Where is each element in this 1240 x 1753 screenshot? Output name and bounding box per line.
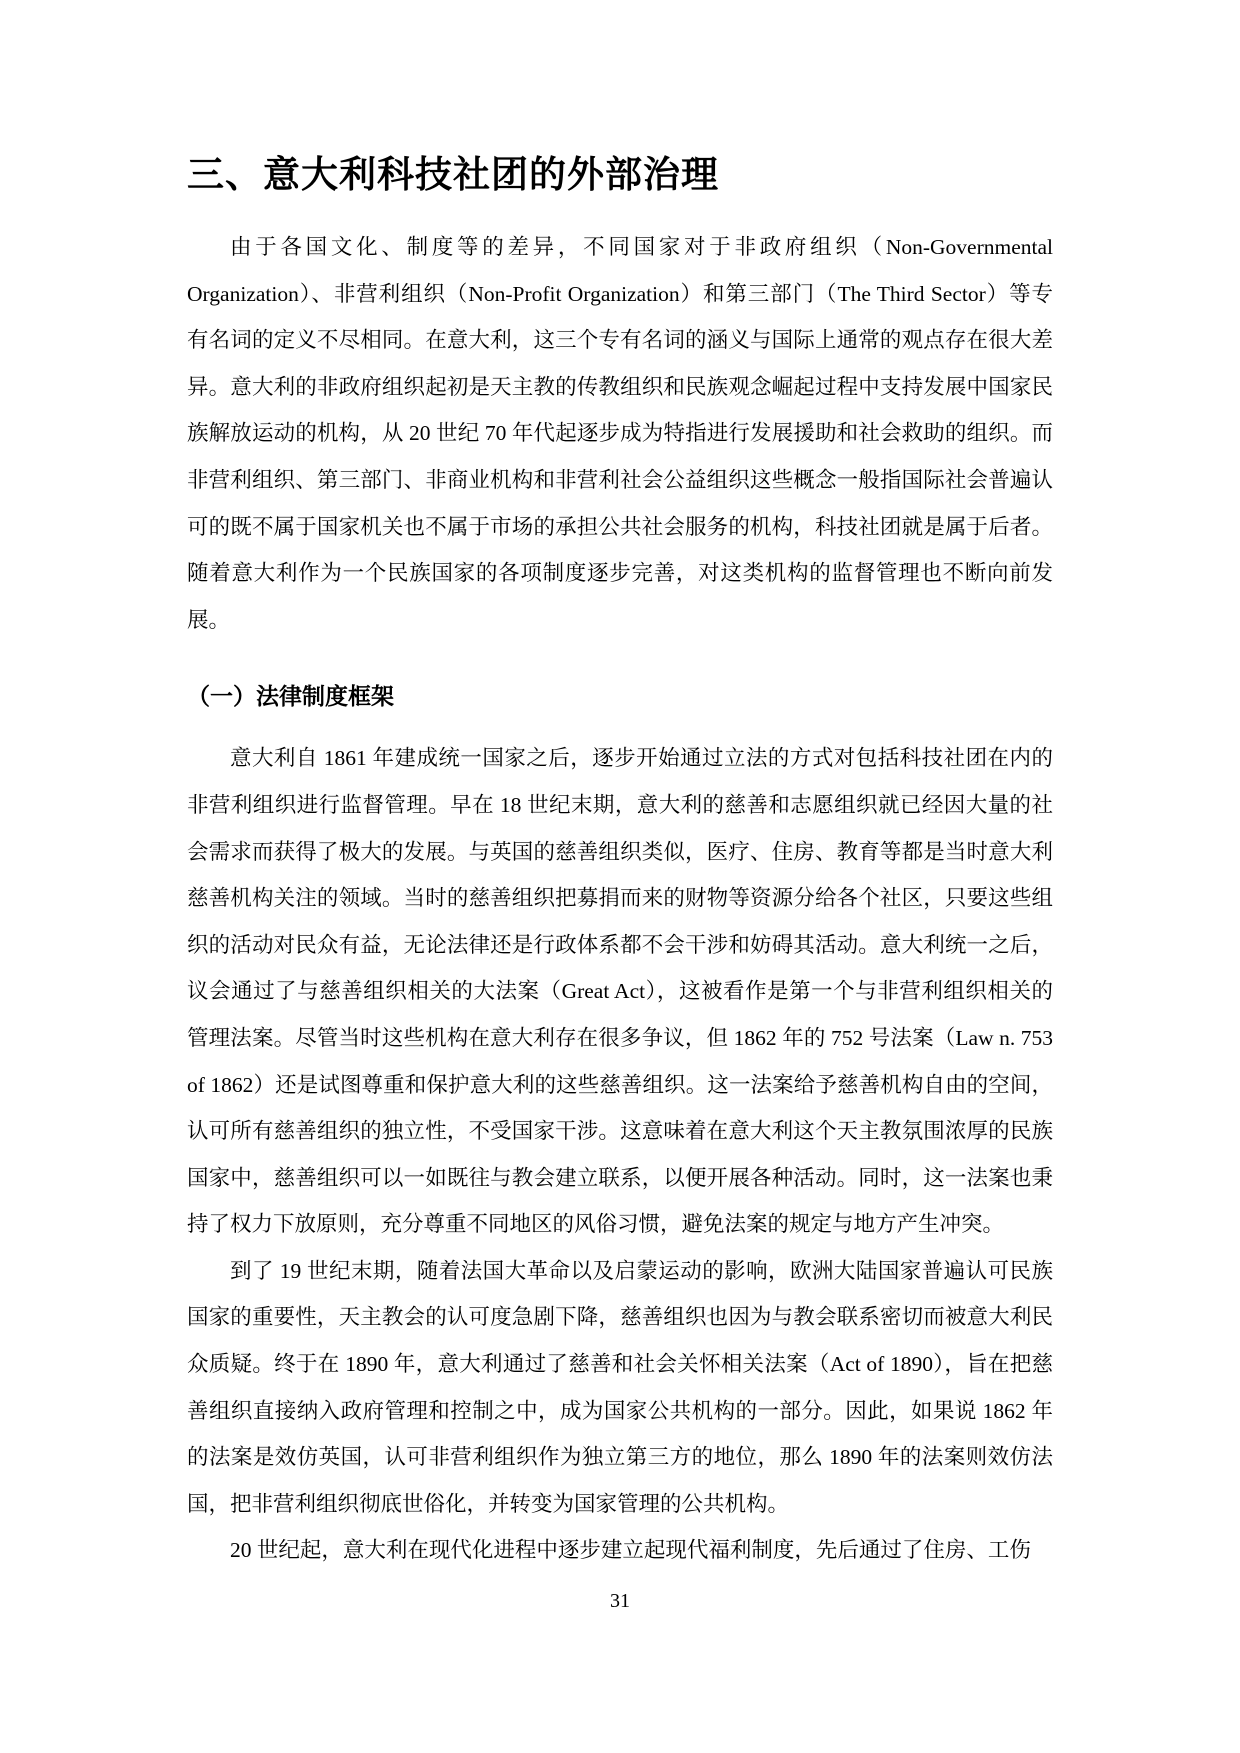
section-title: 三、意大利科技社团的外部治理 [187, 148, 1053, 202]
page-number: 31 [0, 1588, 1240, 1614]
paragraph-20th-century: 20 世纪起，意大利在现代化进程中逐步建立起现代福利制度，先后通过了住房、工伤 [187, 1527, 1053, 1574]
paragraph-intro: 由于各国文化、制度等的差异，不同国家对于非政府组织（Non-Government… [187, 224, 1053, 643]
paragraph-legal-history-1861: 意大利自 1861 年建成统一国家之后，逐步开始通过立法的方式对包括科技社团在内… [187, 735, 1053, 1248]
document-page: 三、意大利科技社团的外部治理 由于各国文化、制度等的差异，不同国家对于非政府组织… [0, 0, 1240, 1753]
subsection-heading-legal-framework: （一）法律制度框架 [187, 673, 1053, 719]
page-content: 三、意大利科技社团的外部治理 由于各国文化、制度等的差异，不同国家对于非政府组织… [187, 148, 1053, 1574]
paragraph-late-19th-century: 到了 19 世纪末期，随着法国大革命以及启蒙运动的影响，欧洲大陆国家普遍认可民族… [187, 1248, 1053, 1528]
